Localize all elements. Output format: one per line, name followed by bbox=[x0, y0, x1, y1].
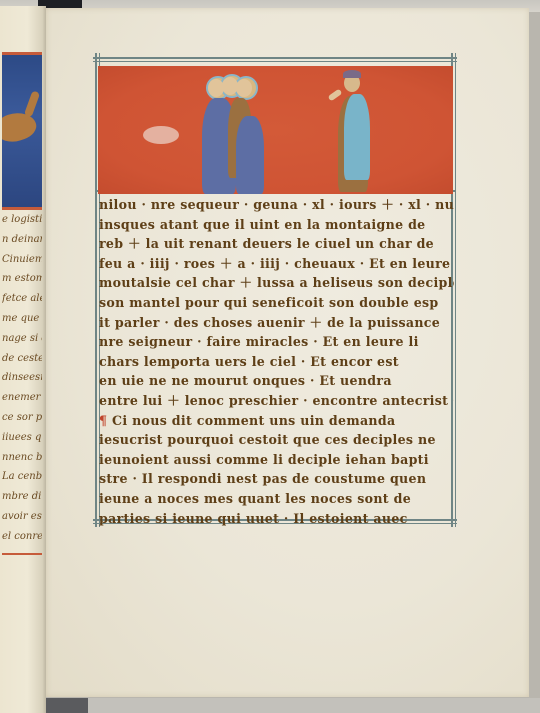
previous-page-line: me que la bbox=[2, 309, 42, 329]
text-line-content: it parler · des choses auenir ＋ de la pu… bbox=[99, 315, 440, 330]
text-line-content: en uie ne ne mourut onques · Et uendra bbox=[99, 373, 392, 388]
text-line-content: moutalsie cel char ＋ lussa a heliseus so… bbox=[99, 275, 454, 290]
text-line: nre seigneur · faire miracles · Et en le… bbox=[99, 332, 454, 352]
previous-page-line: nage si de bbox=[2, 329, 42, 349]
previous-page-line: mbre diue bbox=[2, 487, 42, 507]
text-line: ¶ Ci nous dit comment uns uin demanda bbox=[99, 411, 454, 431]
text-line-content: nre seigneur · faire miracles · Et en le… bbox=[99, 334, 419, 349]
previous-page-text: e logistin deinandCinuiemem estomfetce a… bbox=[2, 210, 42, 547]
rubric-paragraph-mark: ¶ bbox=[99, 413, 112, 428]
text-line-content: iesucrist pourquoi cestoit que ces decip… bbox=[99, 432, 436, 447]
text-line: iesucrist pourquoi cestoit que ces decip… bbox=[99, 430, 454, 450]
text-line-content: ieunoient aussi comme li deciple iehan b… bbox=[99, 452, 429, 467]
miniature-apostles-scene bbox=[98, 66, 453, 194]
text-line-content: ieune a noces mes quant les noces sont d… bbox=[99, 491, 411, 506]
text-line-content: feu a · iiij · roes ＋ a · iiij · cheuaux… bbox=[99, 256, 450, 271]
text-line-content: chars lemporta uers le ciel · Et encor e… bbox=[99, 354, 399, 369]
text-line-content: entre lui ＋ lenoc preschier · encontre a… bbox=[99, 393, 454, 408]
previous-page-line: n deinand bbox=[2, 230, 42, 250]
previous-page-rule bbox=[2, 553, 42, 555]
text-line: insques atant que il uint en la montaign… bbox=[99, 215, 454, 235]
text-line: chars lemporta uers le ciel · Et encor e… bbox=[99, 352, 454, 372]
text-line-content: reb ＋ la uit renant deuers le ciuel un c… bbox=[99, 236, 434, 251]
previous-page-line: avoir esem bbox=[2, 507, 42, 527]
previous-page-edge: e logistin deinandCinuiemem estomfetce a… bbox=[0, 6, 46, 713]
manuscript-text-block: nilou · nre sequeur · geuna · xl · iours… bbox=[99, 195, 454, 528]
previous-page-line: iiuees qu bbox=[2, 428, 42, 448]
previous-page-line: nnenc bie bbox=[2, 448, 42, 468]
text-line: ieunoient aussi comme li deciple iehan b… bbox=[99, 450, 454, 470]
previous-page-line: fetce ales bbox=[2, 289, 42, 309]
previous-page-line: e logisti bbox=[2, 210, 42, 230]
beast-illustration bbox=[2, 108, 39, 147]
text-line-content: nilou · nre sequeur · geuna · xl · iours… bbox=[99, 197, 454, 212]
text-line: son mantel pour qui seneficoit son doubl… bbox=[99, 293, 454, 313]
text-line: reb ＋ la uit renant deuers le ciuel un c… bbox=[99, 234, 454, 254]
previous-page-line: de ceste u bbox=[2, 349, 42, 369]
previous-page-line: La cenbres bbox=[2, 467, 42, 487]
beast-neck bbox=[24, 90, 40, 117]
text-line-content: Ci nous dit comment uns uin demanda bbox=[112, 413, 395, 428]
text-line: parties si ieune qui uuet · Il estoient … bbox=[99, 509, 454, 529]
previous-page-line: dinseesme bbox=[2, 368, 42, 388]
previous-page-line: m estom bbox=[2, 269, 42, 289]
text-line-content: son mantel pour qui seneficoit son doubl… bbox=[99, 295, 439, 310]
text-line-content: insques atant que il uint en la montaign… bbox=[99, 217, 426, 232]
teal-robed-figure bbox=[330, 74, 380, 192]
previous-page-line: el conrels bbox=[2, 527, 42, 547]
previous-page-line: enemer qu bbox=[2, 388, 42, 408]
text-line: stre · Il respondi nest pas de coustume … bbox=[99, 469, 454, 489]
manuscript-folio: nilou · nre sequeur · geuna · xl · iours… bbox=[46, 8, 529, 697]
previous-page-line: Cinuieme bbox=[2, 250, 42, 270]
text-line-content: parties si ieune qui uuet · Il estoient … bbox=[99, 511, 408, 526]
text-line: nilou · nre sequeur · geuna · xl · iours… bbox=[99, 195, 454, 215]
text-line: moutalsie cel char ＋ lussa a heliseus so… bbox=[99, 273, 454, 293]
text-line: en uie ne ne mourut onques · Et uendra bbox=[99, 371, 454, 391]
apostles-group bbox=[198, 76, 268, 194]
text-line: feu a · iiij · roes ＋ a · iiij · cheuaux… bbox=[99, 254, 454, 274]
previous-page-line: ce sor pa bbox=[2, 408, 42, 428]
text-line: ieune a noces mes quant les noces sont d… bbox=[99, 489, 454, 509]
paint-loss bbox=[143, 126, 179, 144]
text-line-content: stre · Il respondi nest pas de coustume … bbox=[99, 471, 426, 486]
text-line: entre lui ＋ lenoc preschier · encontre a… bbox=[99, 391, 454, 411]
text-line: it parler · des choses auenir ＋ de la pu… bbox=[99, 313, 454, 333]
scan-background-bottom-shadow bbox=[44, 698, 88, 713]
previous-page-miniature bbox=[2, 52, 42, 210]
